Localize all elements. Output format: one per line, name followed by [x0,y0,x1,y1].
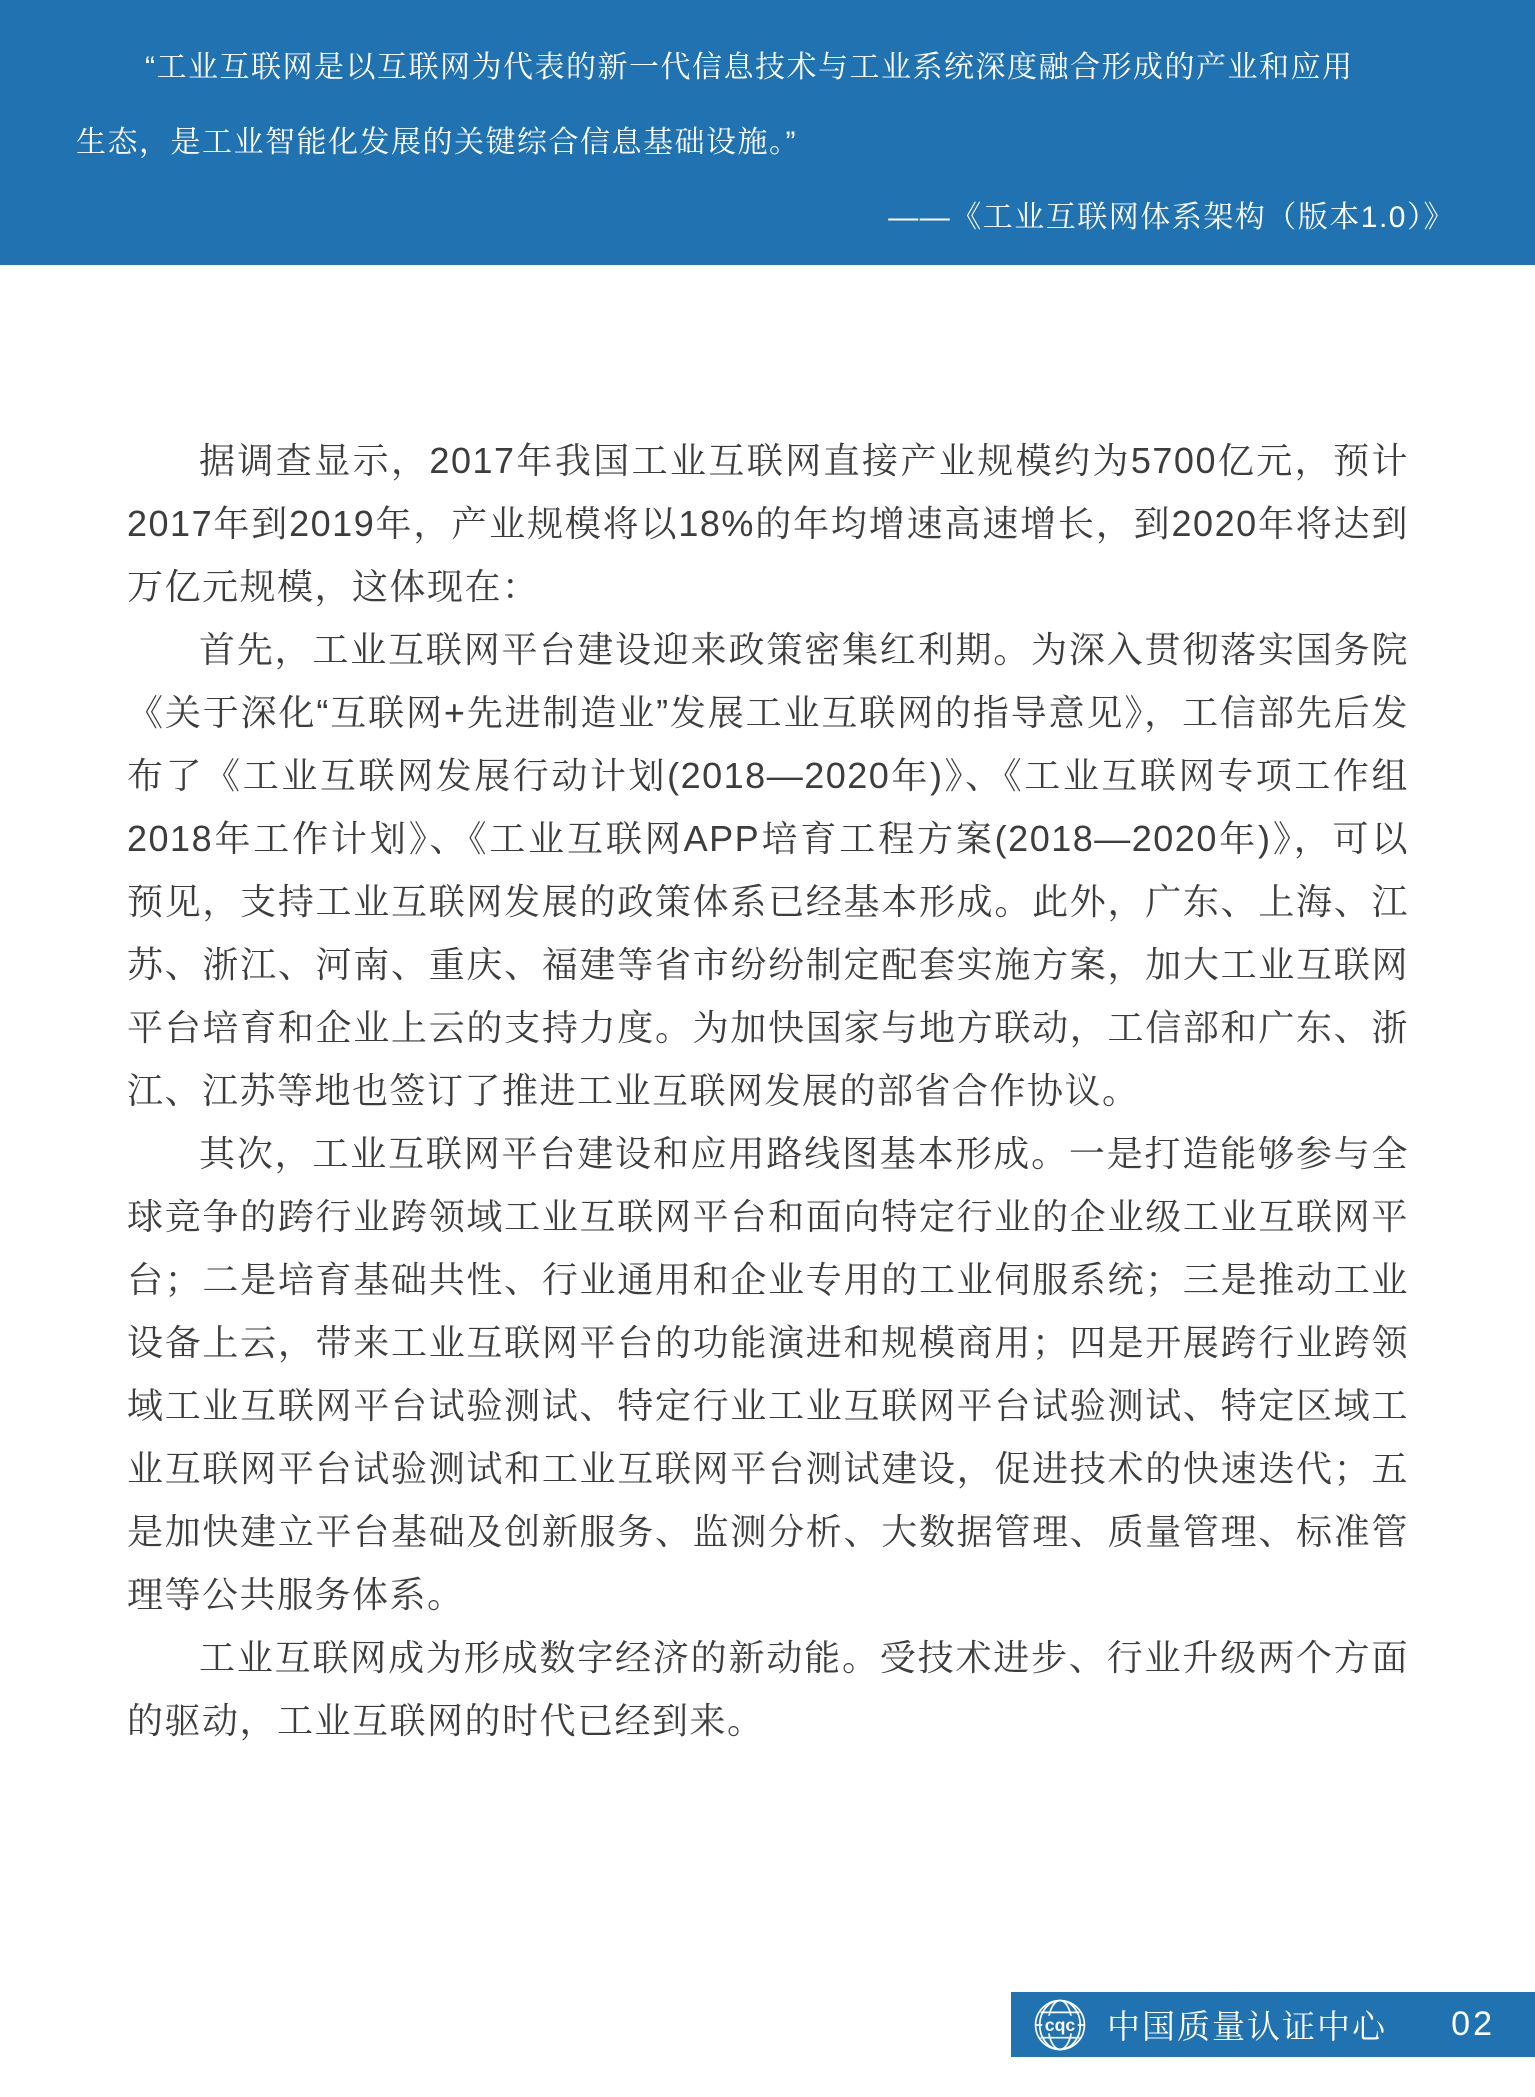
header-quote-banner: “工业互联网是以互联网为代表的新一代信息技术与工业系统深度融合形成的产业和应用 … [0,0,1535,265]
body-paragraph-2: 首先，工业互联网平台建设迎来政策密集红利期。为深入贯彻落实国务院《关于深化“互联… [127,618,1409,1122]
body-paragraph-4: 工业互联网成为形成数字经济的新动能。受技术进步、行业升级两个方面的驱动，工业互联… [127,1626,1409,1752]
banner-attribution: ——《工业互联网体系架构（版本1.0）》 [76,180,1455,255]
document-body: 据调查显示，2017年我国工业互联网直接产业规模约为5700亿元，预计2017年… [127,429,1409,1752]
document-page: “工业互联网是以互联网为代表的新一代信息技术与工业系统深度融合形成的产业和应用 … [0,0,1535,2097]
footer-org-name: 中国质量认证中心 [1107,2001,1387,2048]
body-paragraph-1: 据调查显示，2017年我国工业互联网直接产业规模约为5700亿元，预计2017年… [127,429,1409,618]
body-paragraph-3: 其次，工业互联网平台建设和应用路线图基本形成。一是打造能够参与全球竞争的跨行业跨… [127,1122,1409,1626]
banner-quote-line-1: “工业互联网是以互联网为代表的新一代信息技术与工业系统深度融合形成的产业和应用 [76,30,1455,105]
footer-page-number: 02 [1451,2005,1495,2044]
banner-quote-line-2: 生态，是工业智能化发展的关键综合信息基础设施。” [76,105,1455,180]
cqc-globe-logo-icon: cqc [1033,1998,1087,2052]
svg-text:cqc: cqc [1045,2014,1076,2034]
footer-bar: cqc 中国质量认证中心 02 [1011,1992,1535,2057]
